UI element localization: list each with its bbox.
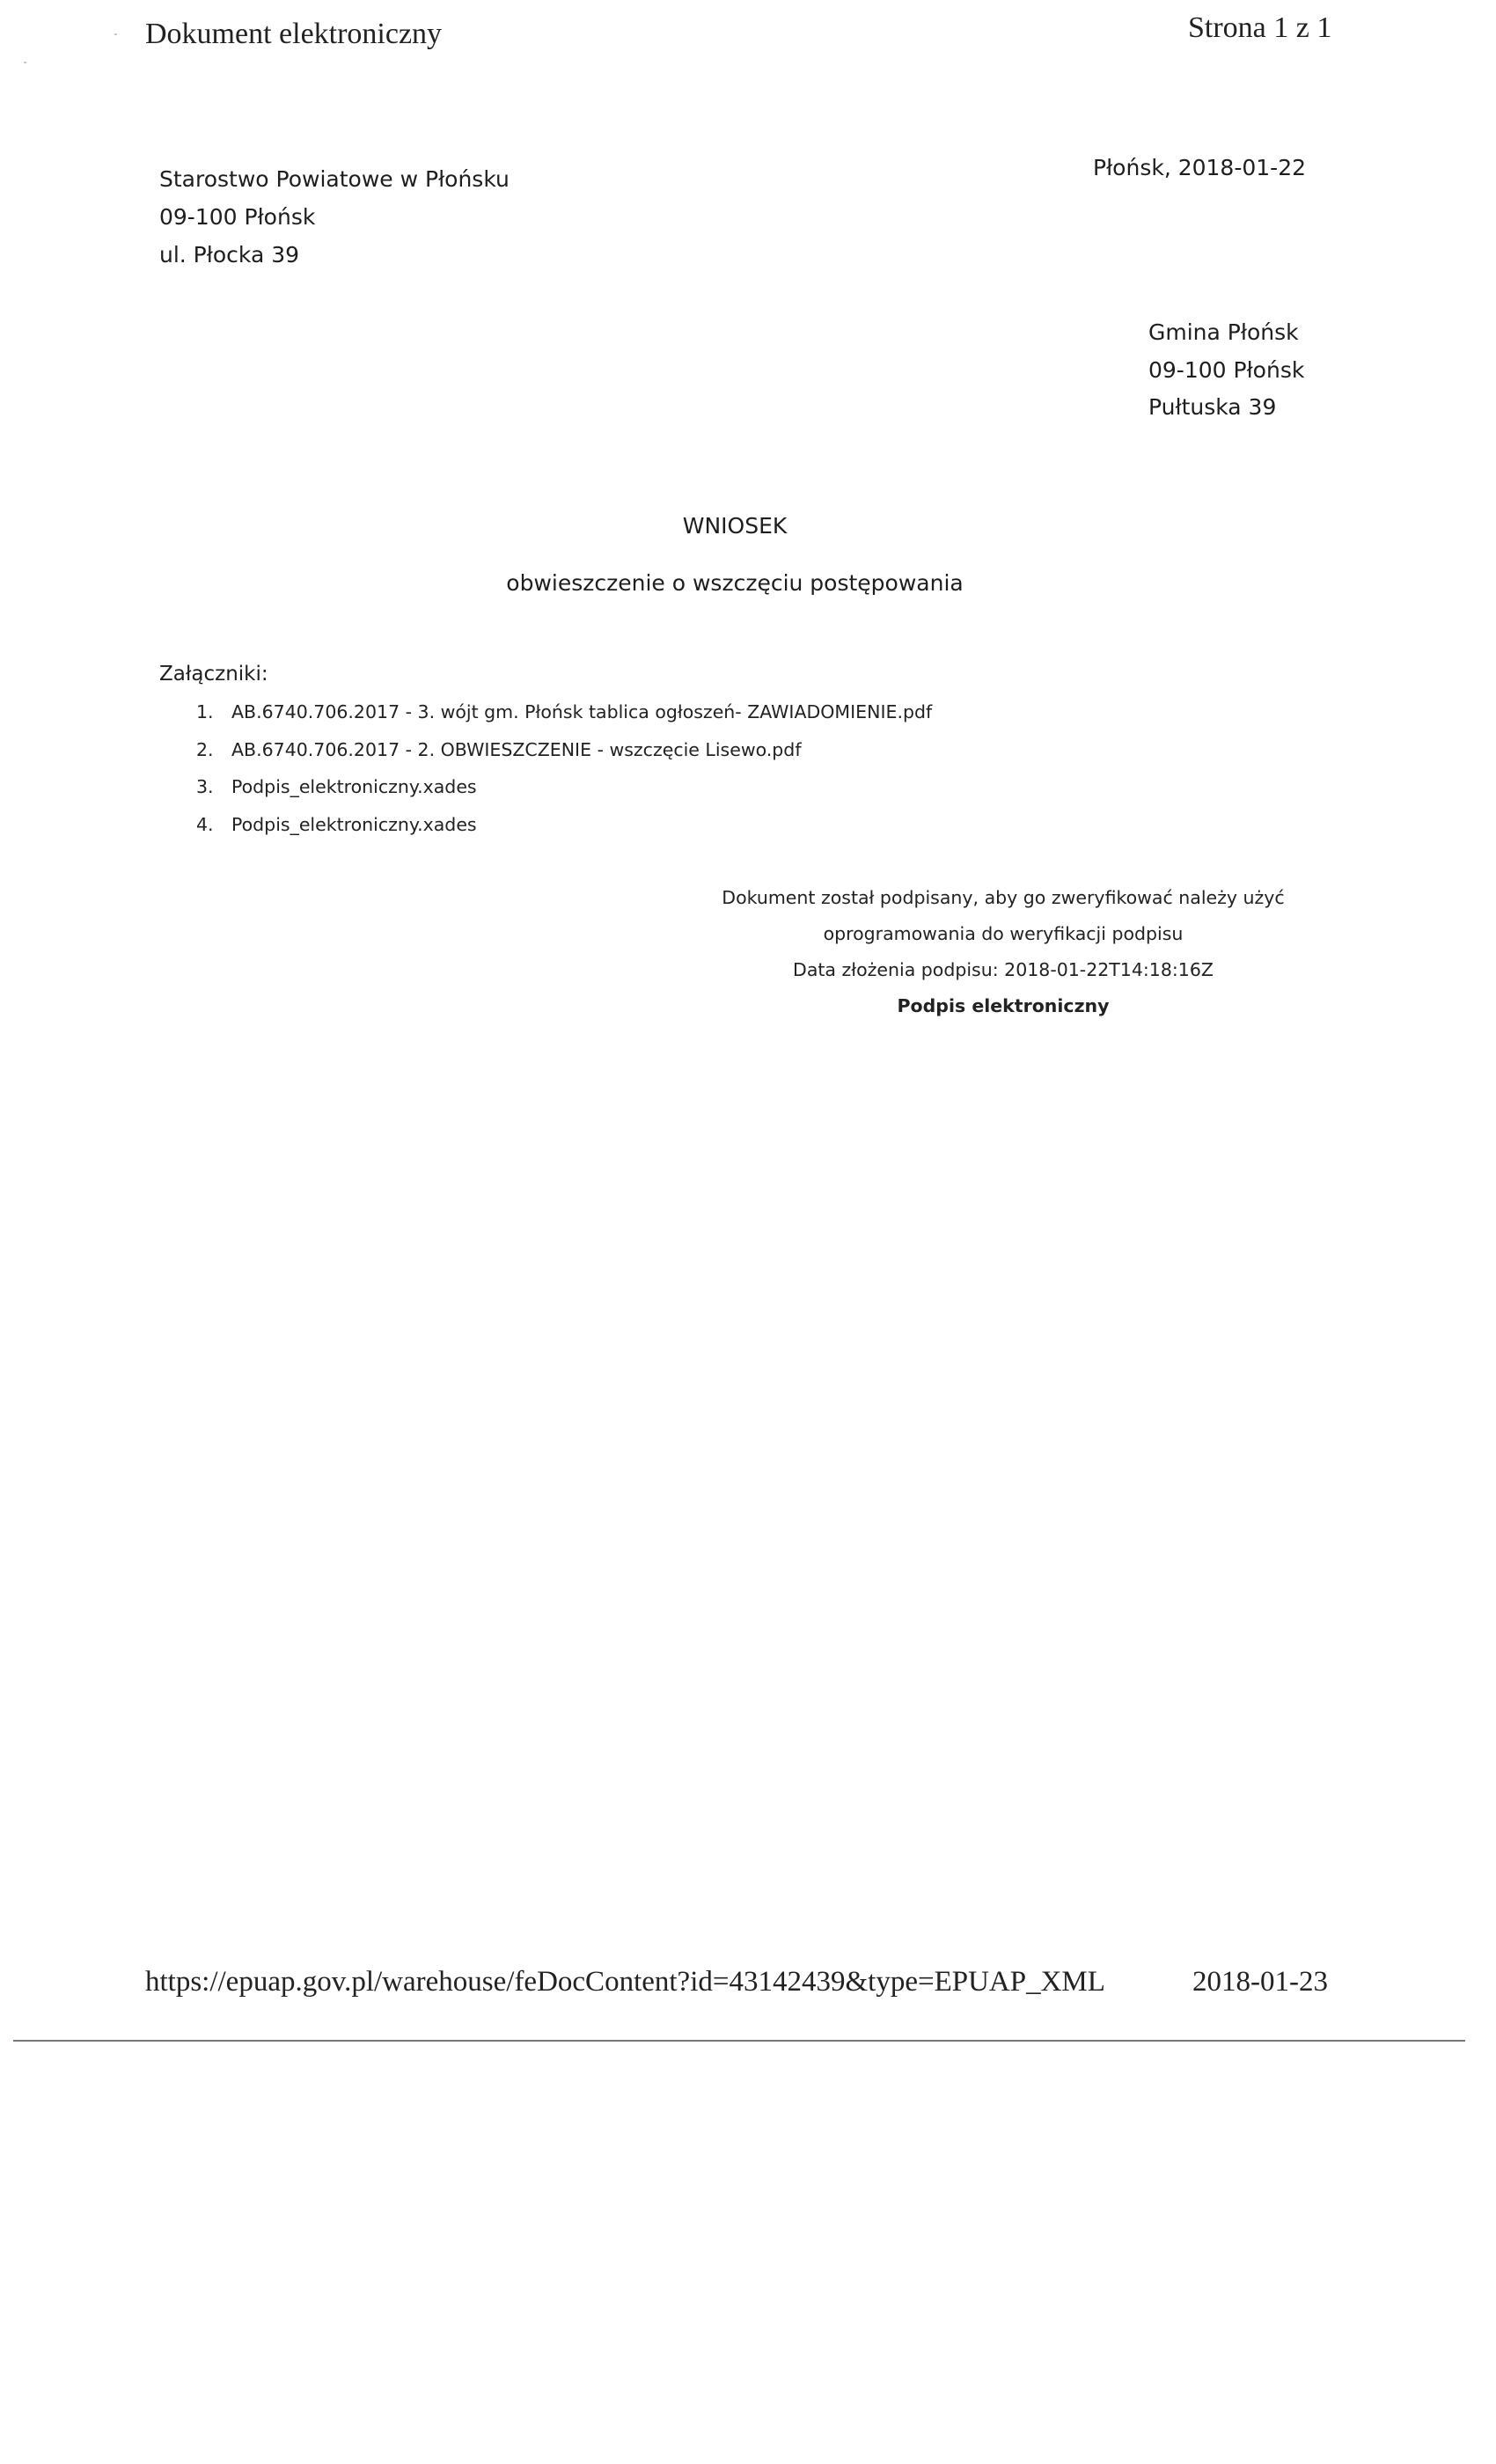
attachment-item: 3. Podpis_elektroniczny.xades (196, 768, 932, 806)
attachment-item: 1. AB.6740.706.2017 - 3. wójt gm. Płońsk… (196, 693, 932, 731)
attachment-item: 2. AB.6740.706.2017 - 2. OBWIESZCZENIE -… (196, 731, 932, 769)
attachment-name: Podpis_elektroniczny.xades (231, 768, 477, 806)
signature-notice-line1: Dokument został podpisany, aby go zweryf… (695, 880, 1311, 916)
sender-line: ul. Płocka 39 (159, 236, 510, 274)
attachment-name: Podpis_elektroniczny.xades (231, 806, 477, 844)
signature-block: Dokument został podpisany, aby go zweryf… (695, 880, 1311, 1024)
attachment-name: AB.6740.706.2017 - 3. wójt gm. Płońsk ta… (231, 693, 932, 731)
attachments-list: 1. AB.6740.706.2017 - 3. wójt gm. Płońsk… (196, 693, 932, 844)
attachments-heading: Załączniki: (159, 663, 268, 686)
recipient-address: Gmina Płońsk 09-100 Płońsk Pułtuska 39 (1148, 314, 1304, 427)
recipient-line: Gmina Płońsk (1148, 314, 1304, 352)
signature-label: Podpis elektroniczny (695, 988, 1311, 1024)
recipient-line: Pułtuska 39 (1148, 389, 1304, 427)
scan-speck (114, 33, 117, 35)
document-header-title: Dokument elektroniczny (145, 18, 442, 51)
attachment-number: 2. (196, 731, 231, 769)
footer-url: https://epuap.gov.pl/warehouse/feDocCont… (145, 1966, 1105, 1998)
document-subject: obwieszczenie o wszczęciu postępowania (0, 570, 1470, 596)
attachment-number: 4. (196, 806, 231, 844)
sender-line: Starostwo Powiatowe w Płońsku (159, 160, 510, 198)
signature-notice-line2: oprogramowania do weryfikacji podpisu (695, 916, 1311, 952)
signature-date: Data złożenia podpisu: 2018-01-22T14:18:… (695, 952, 1311, 988)
recipient-line: 09-100 Płońsk (1148, 352, 1304, 390)
footer-divider (13, 2040, 1465, 2042)
document-type: WNIOSEK (0, 513, 1470, 539)
scan-speck (24, 62, 26, 63)
footer-date: 2018-01-23 (1192, 1966, 1328, 1998)
place-date: Płońsk, 2018-01-22 (1093, 155, 1306, 180)
attachment-item: 4. Podpis_elektroniczny.xades (196, 806, 932, 844)
attachment-name: AB.6740.706.2017 - 2. OBWIESZCZENIE - ws… (231, 731, 802, 769)
attachment-number: 3. (196, 768, 231, 806)
page-indicator: Strona 1 z 1 (1188, 11, 1331, 45)
sender-address: Starostwo Powiatowe w Płońsku 09-100 Pło… (159, 160, 510, 274)
attachment-number: 1. (196, 693, 231, 731)
sender-line: 09-100 Płońsk (159, 198, 510, 236)
